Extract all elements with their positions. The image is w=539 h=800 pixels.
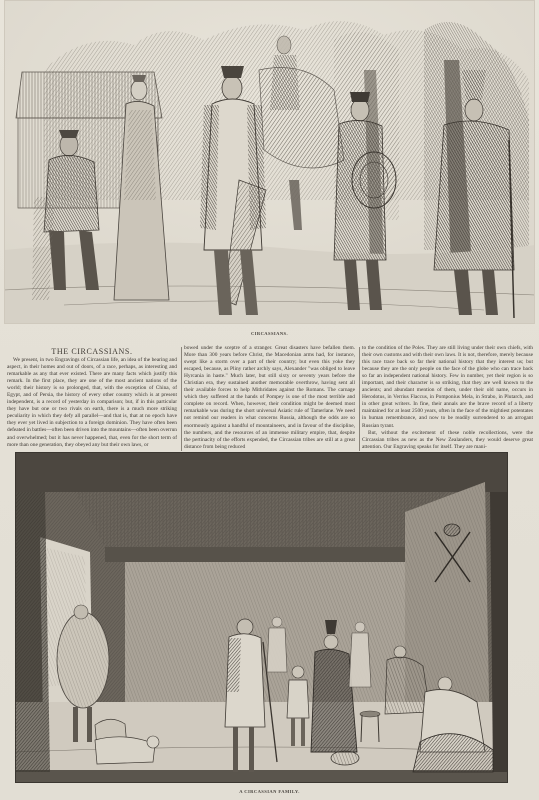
article-paragraph: to the condition of the Poles. They are … <box>362 345 533 430</box>
circassian-family-illustration-icon <box>15 452 508 783</box>
circassians-illustration-icon <box>4 0 535 324</box>
article-title: THE CIRCASSIANS. <box>7 347 177 356</box>
newspaper-page: CIRCASSIANS. THE CIRCASSIANS. We present… <box>0 0 539 800</box>
article-column-3: to the condition of the Poles. They are … <box>362 345 533 455</box>
article-column-2: bowed under the sceptre of a stranger. G… <box>184 345 355 455</box>
column-divider <box>359 347 360 451</box>
article-paragraph: bowed under the sceptre of a stranger. G… <box>184 345 355 451</box>
top-illustration-caption: CIRCASSIANS. <box>0 331 539 336</box>
article-paragraph: But, without the excitement of these nob… <box>362 430 533 451</box>
circassians-engraving <box>4 0 535 324</box>
article-paragraph: We present, in two Engravings of Circass… <box>7 357 177 449</box>
article-circassians: THE CIRCASSIANS. We present, in two Engr… <box>7 345 533 455</box>
article-column-1: THE CIRCASSIANS. We present, in two Engr… <box>7 345 177 455</box>
circassian-family-engraving <box>15 452 508 783</box>
column-divider <box>181 347 182 451</box>
bottom-illustration-caption: A CIRCASSIAN FAMILY. <box>0 789 539 794</box>
